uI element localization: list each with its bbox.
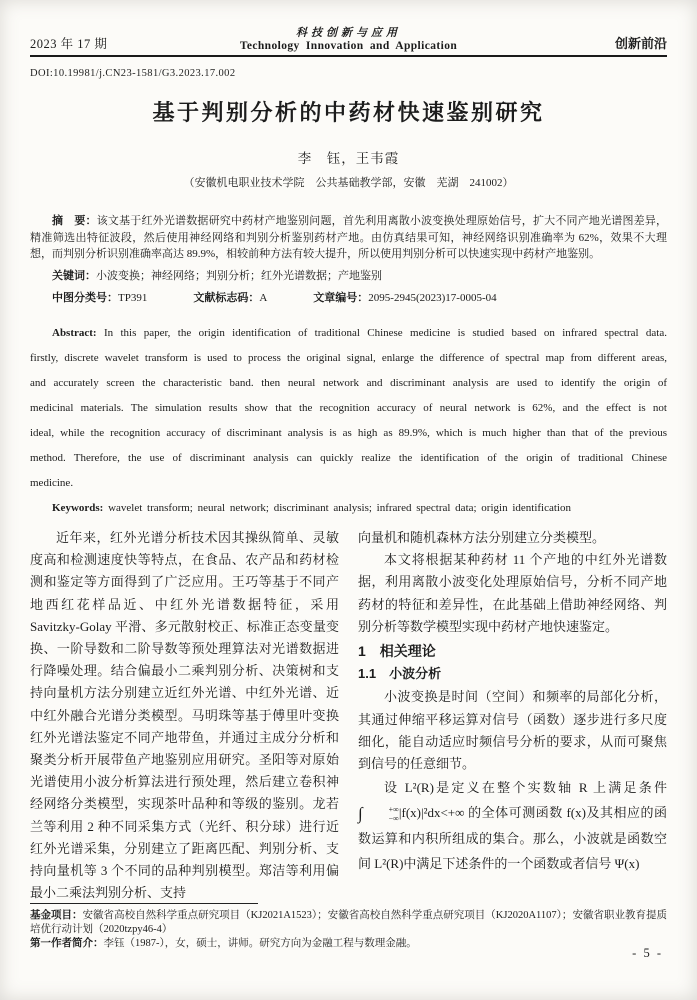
footnote-block: 基金项目：安徽省高校自然科学重点研究项目（KJ2021A1523）；安徽省高校自…	[30, 903, 667, 950]
intro-paragraph-continuation: 向量机和随机森林方法分别建立分类模型。	[358, 527, 667, 549]
section-heading-1-1: 1.1 小波分析	[358, 663, 667, 685]
journal-header: 2023 年 17 期 科技创新与应用 Technology Innovatio…	[30, 24, 667, 57]
math-pre-text: 设 L²(R)是定义在整个实数轴 R 上满足条件	[384, 780, 667, 795]
affiliation-line: （安徽机电职业技术学院 公共基础教学部，安徽 芜湖 241002）	[30, 174, 667, 190]
keywords-en: Keywords: wavelet transform; neural netw…	[30, 496, 667, 521]
column-label: 创新前沿	[497, 33, 667, 52]
keywords-en-label: Keywords:	[52, 502, 103, 514]
document-code-value: A	[259, 292, 267, 304]
clc-number-label: 中图分类号：	[52, 292, 118, 304]
doi-line: DOI:10.19981/j.CN23-1581/G3.2023.17.002	[30, 68, 667, 79]
author-bio-label: 第一作者简介：	[30, 938, 104, 949]
article-id: 文章编号：2095-2945(2023)17-0005-04	[313, 292, 496, 304]
keywords-cn: 关键词：小波变换；神经网络；判别分析；红外光谱数据；产地鉴别	[30, 268, 667, 285]
abstract-cn-label: 摘 要：	[52, 215, 97, 227]
author-bio-text: 李钰（1987-），女，硕士，讲师。研究方向为金融工程与数理金融。	[104, 938, 417, 949]
issue-label: 2023 年 17 期	[30, 34, 200, 52]
keywords-cn-label: 关键词：	[52, 270, 96, 282]
article-title: 基于判别分析的中药材快速鉴别研究	[30, 96, 667, 127]
footnote-rule	[30, 903, 258, 904]
abstract-cn: 摘 要：该文基于红外光谱数据研究中药材产地鉴别问题，首先利用离散小波变换处理原始…	[30, 213, 667, 263]
integral-lower-limit: −∞	[363, 814, 399, 823]
journal-title-cn: 科技创新与应用	[200, 24, 497, 40]
integral-upper-limit: +∞	[363, 805, 399, 814]
fund-note: 基金项目：安徽省高校自然科学重点研究项目（KJ2021A1523）；安徽省高校自…	[30, 909, 667, 937]
left-column: 近年来，红外光谱分析技术因其操纵简单、灵敏度高和检测速度快等特点，在食品、农产品…	[30, 527, 339, 899]
math-paragraph: 设 L²(R)是定义在整个实数轴 R 上满足条件∫+∞−∞|f(x)|²dx<+…	[358, 775, 667, 876]
clc-number: 中图分类号：TP391	[52, 292, 147, 304]
journal-title-en: Technology Innovation and Application	[200, 40, 497, 52]
integral-symbol: ∫+∞−∞	[358, 805, 399, 820]
author-bio-note: 第一作者简介：李钰（1987-），女，硕士，讲师。研究方向为金融工程与数理金融。	[30, 937, 667, 951]
fund-note-text: 安徽省高校自然科学重点研究项目（KJ2021A1523）；安徽省高校自然科学重点…	[30, 910, 667, 935]
math-post-text: |f(x)|²dx<+∞ 的全体可测函数 f(x)及其相应的函数运算和内积所组成…	[358, 805, 667, 871]
document-code: 文献标志码：A	[193, 292, 267, 304]
clc-line: 中图分类号：TP391文献标志码：A文章编号：2095-2945(2023)17…	[30, 290, 667, 307]
abstract-en: Abstract: In this paper, the origin iden…	[30, 321, 667, 496]
abstract-en-text: In this paper, the origin identification…	[30, 327, 667, 489]
journal-masthead: 科技创新与应用 Technology Innovation and Applic…	[200, 24, 497, 52]
purpose-paragraph: 本文将根据某种药材 11 个产地的中红外光谱数据，利用离散小波变化处理原始信号，…	[358, 549, 667, 638]
body-columns: 近年来，红外光谱分析技术因其操纵简单、灵敏度高和检测速度快等特点，在食品、农产品…	[30, 527, 667, 899]
keywords-en-text: wavelet transform; neural network; discr…	[103, 502, 571, 514]
abstract-en-label: Abstract:	[52, 327, 97, 339]
fund-note-label: 基金项目：	[30, 910, 83, 921]
section-heading-1: 1 相关理论	[358, 640, 667, 662]
abstract-cn-text: 该文基于红外光谱数据研究中药材产地鉴别问题，首先利用离散小波变换处理原始信号，扩…	[30, 215, 667, 260]
intro-paragraph: 近年来，红外光谱分析技术因其操纵简单、灵敏度高和检测速度快等特点，在食品、农产品…	[30, 527, 339, 899]
article-id-value: 2095-2945(2023)17-0005-04	[368, 292, 496, 304]
authors-line: 李 钰，王韦霞	[30, 147, 667, 167]
paper-page: 2023 年 17 期 科技创新与应用 Technology Innovatio…	[0, 0, 697, 1000]
document-code-label: 文献标志码：	[193, 292, 259, 304]
keywords-cn-text: 小波变换；神经网络；判别分析；红外光谱数据；产地鉴别	[96, 270, 382, 282]
page-number: - 5 -	[632, 946, 663, 961]
clc-number-value: TP391	[118, 292, 147, 304]
article-id-label: 文章编号：	[313, 292, 368, 304]
right-column: 向量机和随机森林方法分别建立分类模型。 本文将根据某种药材 11 个产地的中红外…	[358, 527, 667, 899]
wavelet-paragraph: 小波变换是时间（空间）和频率的局部化分析，其通过伸缩平移运算对信号（函数）逐步进…	[358, 686, 667, 775]
